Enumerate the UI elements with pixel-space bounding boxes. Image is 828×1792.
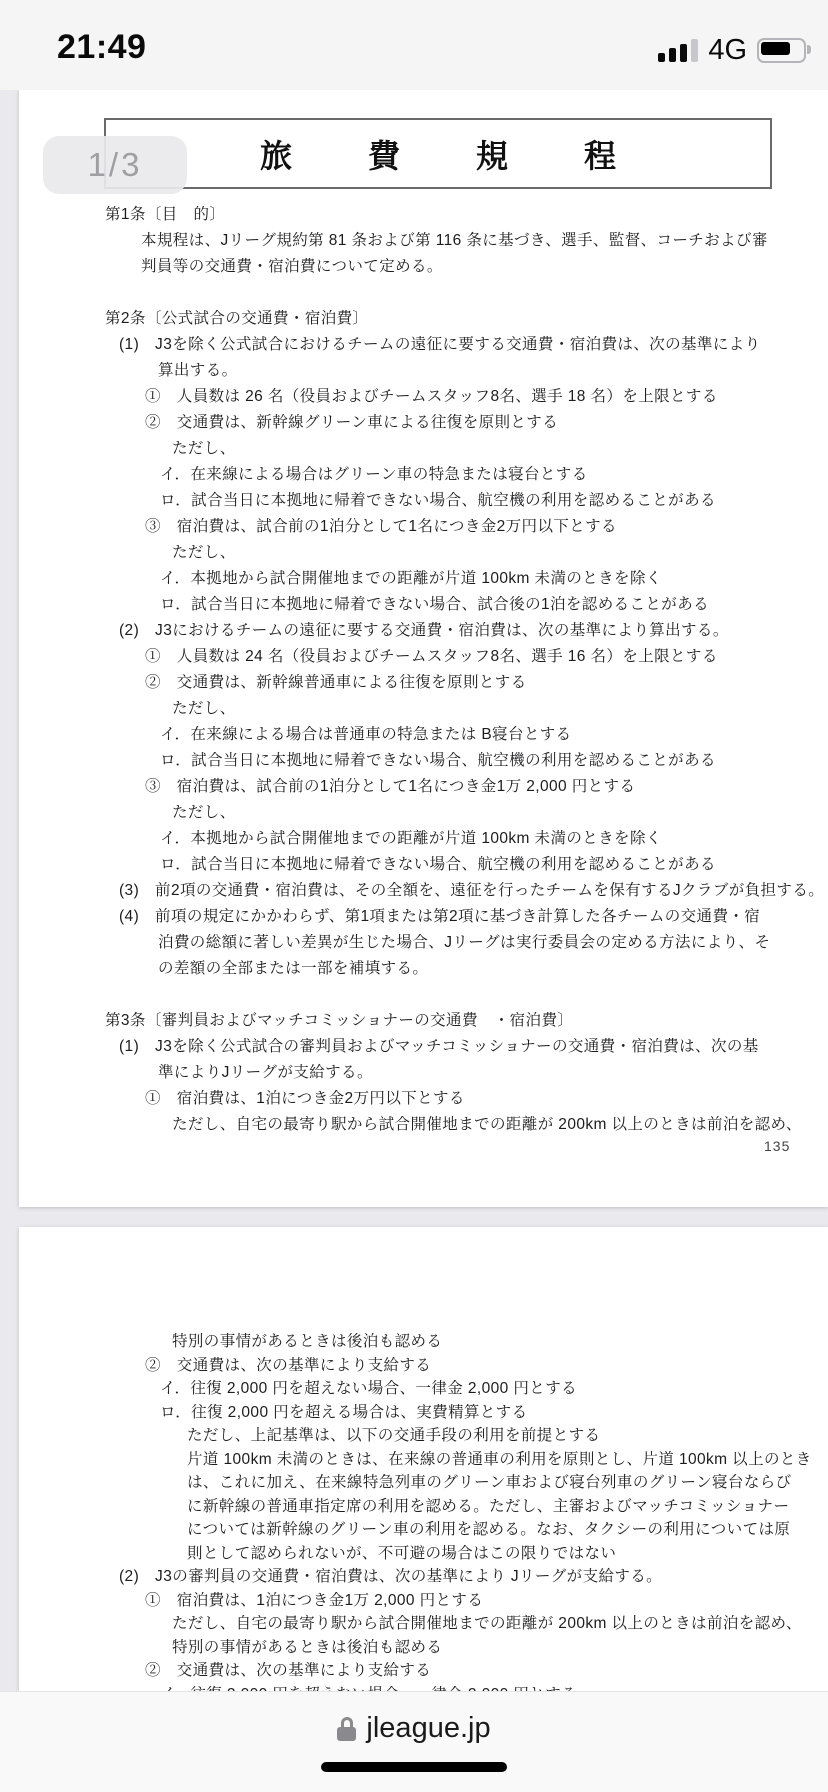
document-line: 準によりJリーグが支給する。 <box>105 1060 825 1086</box>
document-line: ② 交通費は、新幹線普通車による往復を原則とする <box>105 670 825 696</box>
document-line: の差額の全部または一部を補填する。 <box>105 956 825 982</box>
document-line: 特別の事情があるときは後泊も認める <box>105 1636 825 1660</box>
battery-icon <box>757 38 806 63</box>
document-line: ① 人員数は 26 名（役員およびチームスタッフ8名、選手 18 名）を上限とす… <box>105 384 825 410</box>
status-icons: 4G <box>658 34 806 67</box>
document-line: 判員等の交通費・宿泊費について定める。 <box>105 254 825 280</box>
document-line: ロ．試合当日に本拠地に帰着できない場合、航空機の利用を認めることがある <box>105 852 825 878</box>
url-bar-content[interactable]: jleague.jp <box>0 1712 828 1745</box>
document-line: 算出する。 <box>105 358 825 384</box>
document-line: イ．在来線による場合は普通車の特急または B寝台とする <box>105 722 825 748</box>
document-line: 特別の事情があるときは後泊も認める <box>105 1330 825 1354</box>
safari-url-bar[interactable]: jleague.jp <box>0 1691 828 1792</box>
document-line: ロ．試合当日に本拠地に帰着できない場合、航空機の利用を認めることがある <box>105 488 825 514</box>
document-line <box>105 982 825 1008</box>
page2-text-block: 特別の事情があるときは後泊も認める② 交通費は、次の基準により支給するイ．往復 … <box>105 1330 825 1706</box>
document-title-box: 旅 費 規 程 <box>104 118 772 189</box>
document-line: イ．往復 2,000 円を超えない場合、一律金 2,000 円とする <box>105 1377 825 1401</box>
document-line: (3) 前2項の交通費・宿泊費は、その全額を、遠征を行ったチームを保有するJクラ… <box>105 878 825 904</box>
status-bar: 21:49 4G <box>0 0 828 90</box>
document-line: 第3条〔審判員およびマッチコミッショナーの交通費 ・宿泊費〕 <box>105 1008 825 1034</box>
document-line: ロ．往復 2,000 円を超える場合は、実費精算とする <box>105 1401 825 1425</box>
home-indicator[interactable] <box>321 1762 507 1772</box>
document-line: に新幹線の普通車指定席の利用を認める。ただし、主審およびマッチコミッショナー <box>105 1495 825 1519</box>
document-line: (1) J3を除く公式試合の審判員およびマッチコミッショナーの交通費・宿泊費は、… <box>105 1034 825 1060</box>
document-line: イ．本拠地から試合開催地までの距離が片道 100km 未満のときを除く <box>105 826 825 852</box>
document-line: 本規程は、Jリーグ規約第 81 条および第 116 条に基づき、選手、監督、コー… <box>105 228 825 254</box>
document-line: ① 人員数は 24 名（役員およびチームスタッフ8名、選手 16 名）を上限とす… <box>105 644 825 670</box>
document-line: ただし、 <box>105 696 825 722</box>
document-line: 第2条〔公式試合の交通費・宿泊費〕 <box>105 306 825 332</box>
document-line: 片道 100km 未満のときは、在来線の普通車の利用を原則とし、片道 100km… <box>105 1448 825 1472</box>
url-domain[interactable]: jleague.jp <box>366 1712 490 1745</box>
page1-text-block: 第1条〔目 的〕本規程は、Jリーグ規約第 81 条および第 116 条に基づき、… <box>105 202 825 1138</box>
document-line: ただし、上記基準は、以下の交通手段の利用を前提とする <box>105 1424 825 1448</box>
document-line: イ．在来線による場合はグリーン車の特急または寝台とする <box>105 462 825 488</box>
document-line: ただし、 <box>105 540 825 566</box>
lock-icon <box>337 1717 356 1741</box>
document-line: ただし、自宅の最寄り駅から試合開催地までの距離が 200km 以上のときは前泊を… <box>105 1112 825 1138</box>
network-label: 4G <box>708 34 747 67</box>
document-line: イ．本拠地から試合開催地までの距離が片道 100km 未満のときを除く <box>105 566 825 592</box>
document-line: 第1条〔目 的〕 <box>105 202 825 228</box>
document-line: (1) J3を除く公式試合におけるチームの遠征に要する交通費・宿泊費は、次の基準… <box>105 332 825 358</box>
document-line: ② 交通費は、次の基準により支給する <box>105 1354 825 1378</box>
document-title: 旅 費 規 程 <box>238 131 638 177</box>
pdf-page-1[interactable]: 旅 費 規 程 第1条〔目 的〕本規程は、Jリーグ規約第 81 条および第 11… <box>19 90 828 1207</box>
document-line: ③ 宿泊費は、試合前の1泊分として1名につき金1万 2,000 円とする <box>105 774 825 800</box>
document-line: ただし、自宅の最寄り駅から試合開催地までの距離が 200km 以上のときは前泊を… <box>105 1612 825 1636</box>
document-line: 則として認められないが、不可避の場合はこの限りではない <box>105 1542 825 1566</box>
document-line: (4) 前項の規定にかかわらず、第1項または第2項に基づき計算した各チームの交通… <box>105 904 825 930</box>
document-line: (2) J3の審判員の交通費・宿泊費は、次の基準により Jリーグが支給する。 <box>105 1565 825 1589</box>
document-line: (2) J3におけるチームの遠征に要する交通費・宿泊費は、次の基準により算出する… <box>105 618 825 644</box>
document-line: ② 交通費は、次の基準により支給する <box>105 1659 825 1683</box>
iphone-screen: 21:49 4G 旅 費 規 程 第1条〔目 的〕本規程は、Jリーグ規約第 81… <box>0 0 828 1792</box>
document-line: ただし、 <box>105 800 825 826</box>
document-line: ① 宿泊費は、1泊につき金1万 2,000 円とする <box>105 1589 825 1613</box>
document-line: ロ．試合当日に本拠地に帰着できない場合、航空機の利用を認めることがある <box>105 748 825 774</box>
document-line: は、これに加え、在来線特急列車のグリーン車および寝台列車のグリーン寝台ならび <box>105 1471 825 1495</box>
document-line: ③ 宿泊費は、試合前の1泊分として1名につき金2万円以下とする <box>105 514 825 540</box>
document-line: ① 宿泊費は、1泊につき金2万円以下とする <box>105 1086 825 1112</box>
cellular-signal-icon <box>658 39 698 62</box>
document-line: ② 交通費は、新幹線グリーン車による往復を原則とする <box>105 410 825 436</box>
document-line: 泊費の総額に著しい差異が生じた場合、Jリーグは実行委員会の定める方法により、そ <box>105 930 825 956</box>
document-page-number: 135 <box>764 1138 790 1154</box>
document-line: ロ．試合当日に本拠地に帰着できない場合、試合後の1泊を認めることがある <box>105 592 825 618</box>
document-line <box>105 280 825 306</box>
document-line: については新幹線のグリーン車の利用を認める。なお、タクシーの利用については原 <box>105 1518 825 1542</box>
page-indicator-pill: 1/3 <box>43 136 187 194</box>
document-line: ただし、 <box>105 436 825 462</box>
status-time: 21:49 <box>57 28 146 67</box>
